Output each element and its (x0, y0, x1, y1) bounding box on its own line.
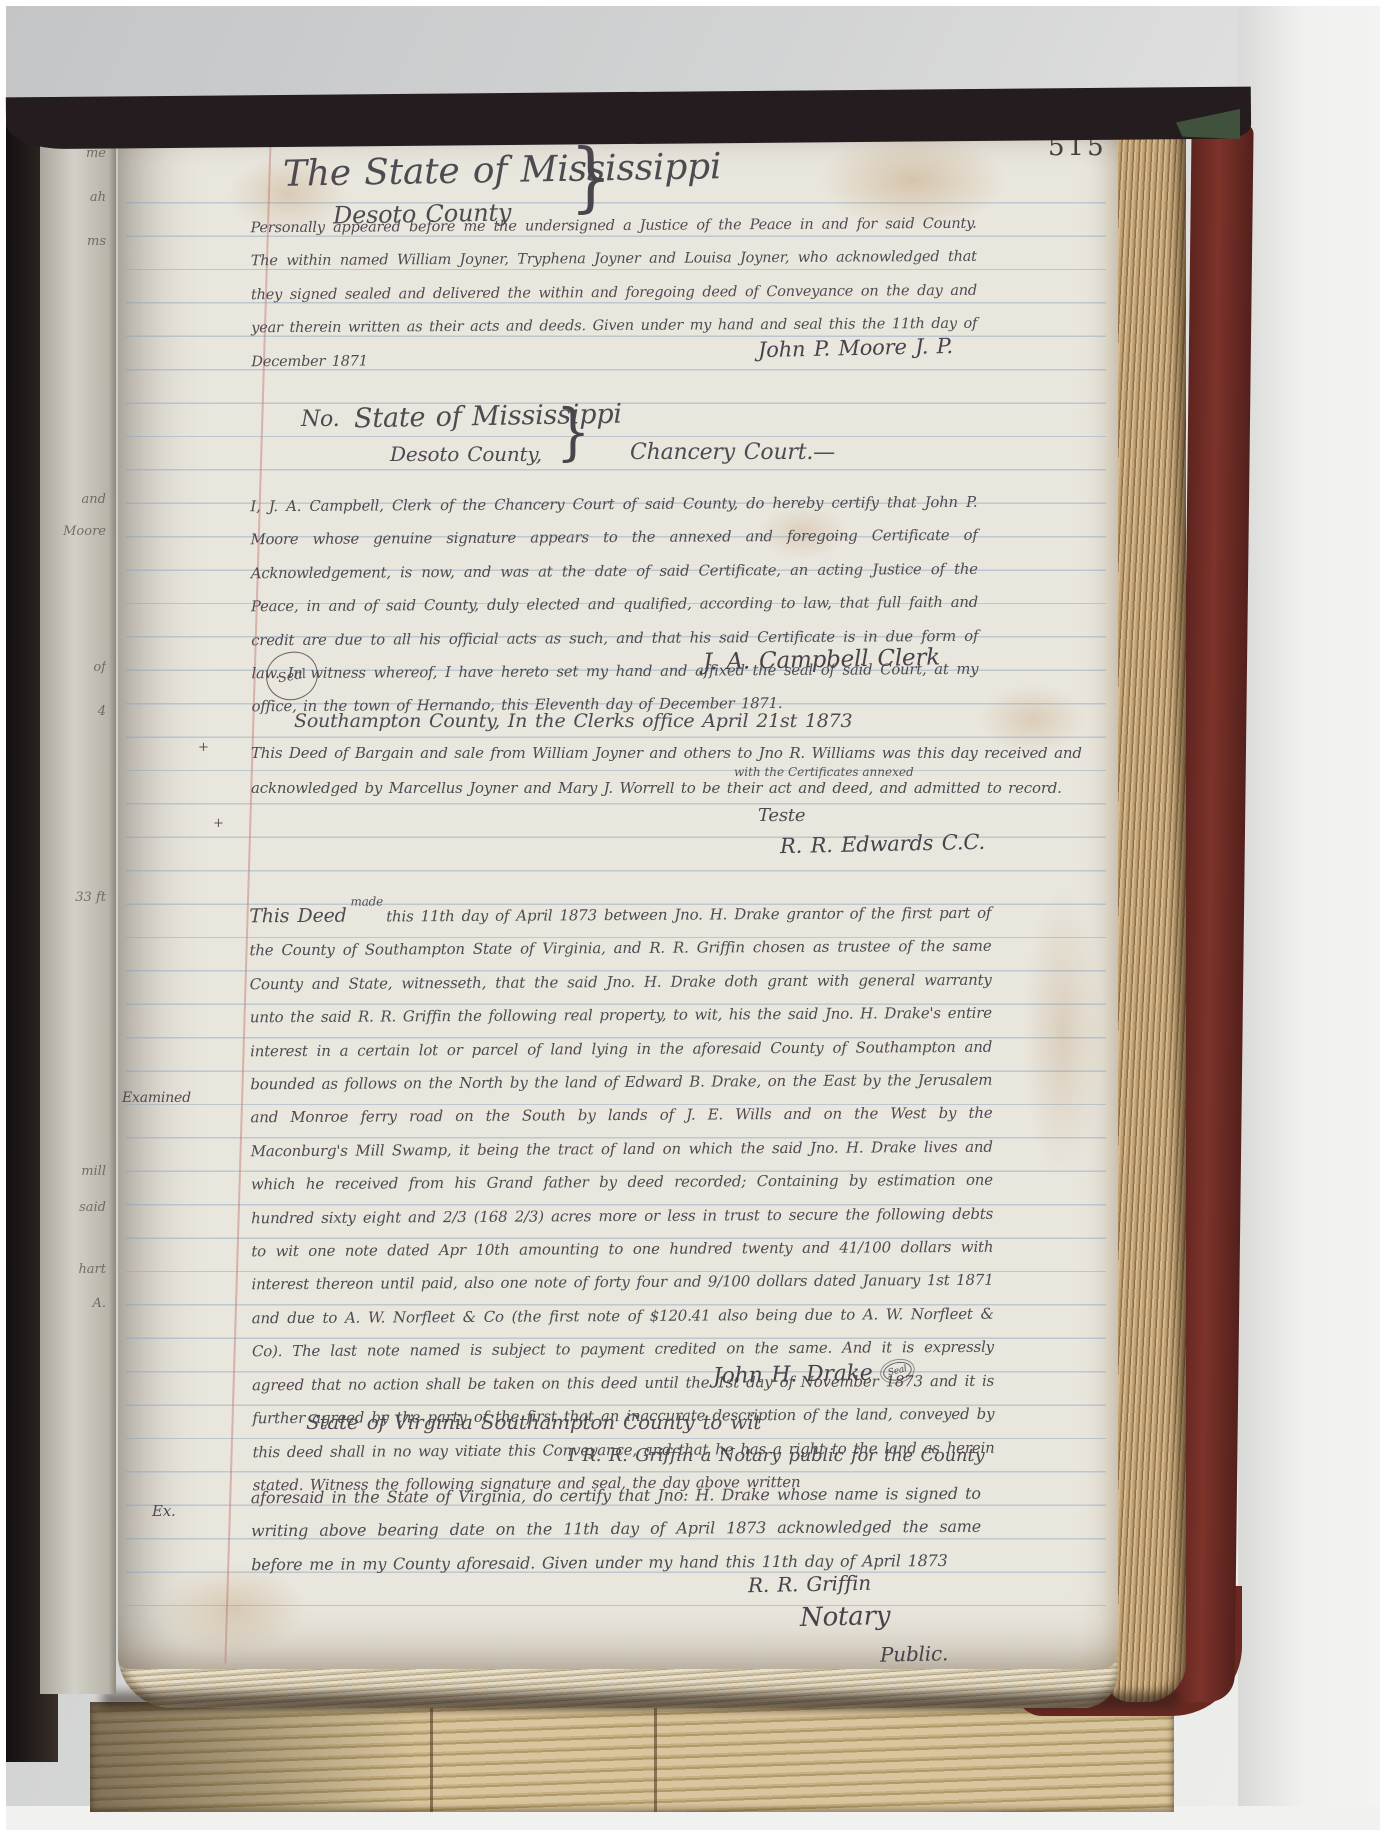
photo-of-deed-book: { "photo": { "page_number": "515" }, "co… (0, 0, 1380, 1830)
left-page-text-fragment: ms (40, 234, 106, 249)
chancery-no-label: No. (301, 407, 340, 432)
left-page-text-fragment: of (40, 660, 106, 675)
left-page-text-fragment: 4 (40, 704, 106, 719)
photo-backdrop: me ah ms and Moore of 4 33 ft mill said … (6, 6, 1374, 1818)
deed-interline-made: made (350, 894, 383, 908)
notary-signature-title1: Notary (800, 1601, 891, 1633)
notary-opening: I R. R. Griffin a Notary public for the … (568, 1445, 984, 1466)
deed-body: this 11th day of April 1873 between Jno.… (249, 904, 994, 1494)
margin-note-examined: Examined (122, 1090, 191, 1106)
page-stack-fore-edge (1106, 118, 1186, 1702)
notary-heading: State of Virginia Southampton County to … (306, 1410, 761, 1434)
margin-note-ex: Ex. (152, 1502, 176, 1520)
chancery-court-label: Chancery Court.— (630, 440, 835, 465)
margin-plus-mark: + (213, 816, 224, 831)
notary-signature-title2: Public. (880, 1641, 949, 1666)
margin-plus-mark: + (198, 740, 209, 755)
left-page-text-fragment: said (40, 1200, 106, 1215)
clerk-office-line1: This Deed of Bargain and sale from Willi… (251, 744, 1082, 762)
deed-signature-name: John H. Drake (713, 1361, 873, 1389)
clerk-office-line2: acknowledged by Marcellus Joyner and Mar… (251, 779, 1062, 797)
plank-seam (430, 1702, 433, 1812)
jp-ack-brace: } (570, 132, 612, 221)
left-page-text-fragment: 33 ft (40, 890, 106, 905)
deed-signature: John H. DrakeSeal (713, 1360, 912, 1390)
chancery-heading-county: Desoto County, (390, 442, 542, 466)
clerk-office-heading: Southampton County, In the Clerks office… (294, 710, 852, 732)
wooden-board-shadow (90, 1702, 420, 1812)
chancery-brace: } (556, 395, 590, 467)
jp-ack-signature: John P. Moore J. P. (758, 334, 953, 362)
book-bottom-shadow (102, 1692, 1177, 1708)
clerk-office-signature: R. R. Edwards C.C. (780, 830, 985, 858)
deed-seal-scribble: Seal (881, 1359, 913, 1383)
chancery-body: I, J. A. Campbell, Clerk of the Chancery… (250, 486, 978, 724)
ledger-page: 515 The State of Mississippi Desoto Coun… (118, 124, 1118, 1669)
left-page-text-fragment: A. (40, 1296, 106, 1311)
left-page-text-fragment: hart (40, 1262, 106, 1277)
backdrop-right (1238, 6, 1380, 1818)
book-top-edge (6, 87, 1251, 150)
left-page-text-fragment: and (40, 492, 106, 507)
left-page-text-fragment: mill (40, 1164, 106, 1179)
jp-ack-heading-state: The State of Mississippi (283, 146, 722, 195)
chancery-signature: J. A. Campbell Clerk (703, 645, 940, 676)
previous-page-edge: me ah ms and Moore of 4 33 ft mill said … (40, 124, 116, 1694)
deed-opening: This Deed (249, 905, 346, 928)
clerk-office-teste: Teste (758, 805, 805, 826)
plank-seam (654, 1702, 657, 1812)
left-page-text-fragment: Moore (40, 524, 106, 539)
left-page-text-fragment: ah (40, 190, 106, 205)
seal-label: Seal (277, 666, 308, 686)
clerk-office-interline: with the Certificates annexed (734, 765, 914, 779)
notary-signature: R. R. Griffin (748, 1571, 871, 1598)
notary-body: aforesaid in the State of Virginia, do c… (251, 1477, 982, 1582)
